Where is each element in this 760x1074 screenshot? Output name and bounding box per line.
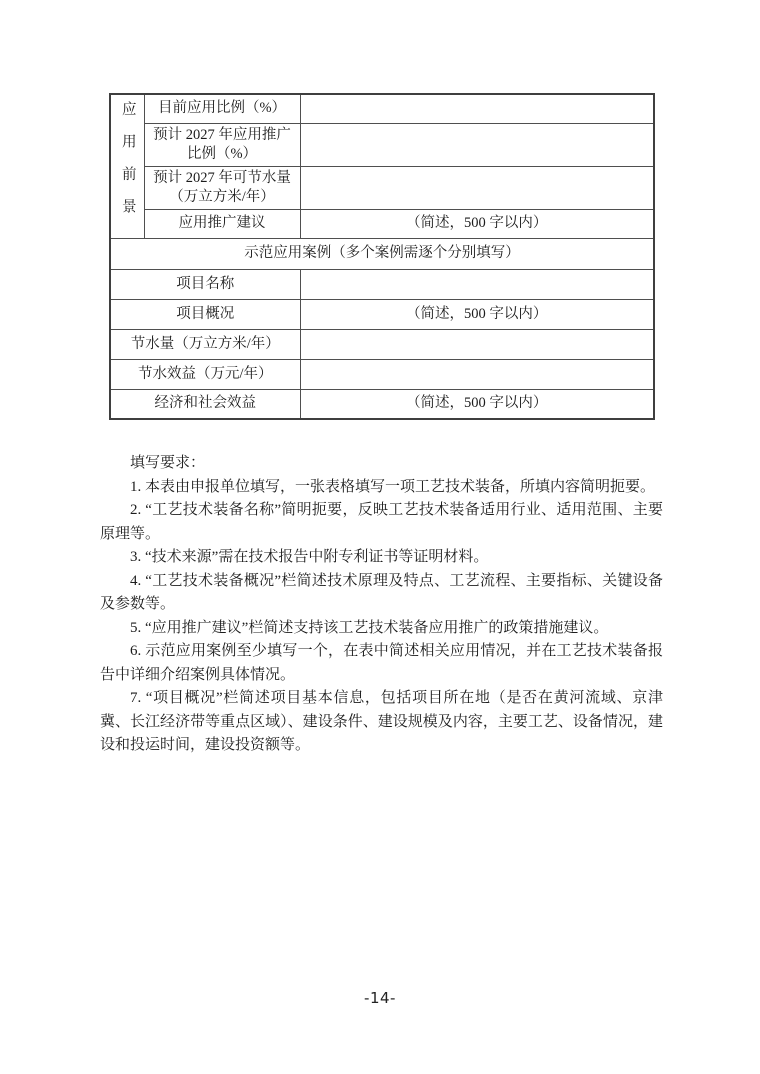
table-row: 应用前景 目前应用比例（%） — [110, 94, 654, 123]
table-row: 项目名称 — [110, 269, 654, 299]
requirement-item-2: 2. “工艺技术装备名称”简明扼要，反映工艺技术装备适用行业、适用范围、主要原理… — [100, 499, 663, 546]
requirements-title: 填写要求： — [100, 452, 663, 476]
table-row: 节水效益（万元/年） — [110, 359, 654, 389]
field-value-promotion-suggestion: （简述，500 字以内） — [300, 209, 654, 238]
requirement-item-3: 3. “技术来源”需在技术报告中附专利证书等证明材料。 — [100, 546, 663, 570]
field-value-project-overview: （简述，500 字以内） — [300, 299, 654, 329]
field-value-water-saved — [300, 329, 654, 359]
field-value-2027-water-saving — [300, 166, 654, 209]
field-label-saving-benefit: 节水效益（万元/年） — [110, 359, 300, 389]
field-value-2027-ratio — [300, 123, 654, 166]
field-label-water-saved: 节水量（万立方米/年） — [110, 329, 300, 359]
table-row: 预计 2027 年应用推广 比例（%） — [110, 123, 654, 166]
field-label-promotion-suggestion: 应用推广建议 — [144, 209, 300, 238]
field-value-saving-benefit — [300, 359, 654, 389]
page-number: -14- — [0, 989, 760, 1007]
table-row: 节水量（万立方米/年） — [110, 329, 654, 359]
form-table: 应用前景 目前应用比例（%） 预计 2027 年应用推广 比例（%） 预计 20… — [109, 93, 655, 420]
requirement-item-7: 7. “项目概况”栏简述项目基本信息，包括项目所在地（是否在黄河流域、京津冀、长… — [100, 687, 663, 758]
requirement-item-1: 1. 本表由申报单位填写，一张表格填写一项工艺技术装备，所填内容简明扼要。 — [100, 476, 663, 500]
field-value-economic-social-benefit: （简述，500 字以内） — [300, 389, 654, 419]
requirement-item-4: 4. “工艺技术装备概况”栏简述技术原理及特点、工艺流程、主要指标、关键设备及参… — [100, 570, 663, 617]
field-label-current-ratio: 目前应用比例（%） — [144, 94, 300, 123]
table-row: 预计 2027 年可节水量 （万立方米/年） — [110, 166, 654, 209]
field-value-current-ratio — [300, 94, 654, 123]
requirement-item-6: 6. 示范应用案例至少填写一个，在表中简述相关应用情况，并在工艺技术装备报 告中… — [100, 640, 663, 687]
requirement-item-5: 5. “应用推广建议”栏简述支持该工艺技术装备应用推广的政策措施建议。 — [100, 617, 663, 641]
document-page: 应用前景 目前应用比例（%） 预计 2027 年应用推广 比例（%） 预计 20… — [0, 0, 760, 1074]
field-label-2027-ratio: 预计 2027 年应用推广 比例（%） — [144, 123, 300, 166]
table-row: 应用推广建议 （简述，500 字以内） — [110, 209, 654, 238]
table-row: 经济和社会效益 （简述，500 字以内） — [110, 389, 654, 419]
table-row: 示范应用案例（多个案例需逐个分别填写） — [110, 238, 654, 269]
field-label-project-name: 项目名称 — [110, 269, 300, 299]
field-label-economic-social-benefit: 经济和社会效益 — [110, 389, 300, 419]
field-value-project-name — [300, 269, 654, 299]
table-row: 项目概况 （简述，500 字以内） — [110, 299, 654, 329]
requirements-section: 填写要求： 1. 本表由申报单位填写，一张表格填写一项工艺技术装备，所填内容简明… — [100, 452, 663, 758]
field-label-2027-water-saving: 预计 2027 年可节水量 （万立方米/年） — [144, 166, 300, 209]
section-header-cell: 示范应用案例（多个案例需逐个分别填写） — [110, 238, 654, 269]
group-label-cell: 应用前景 — [110, 94, 144, 238]
field-label-project-overview: 项目概况 — [110, 299, 300, 329]
